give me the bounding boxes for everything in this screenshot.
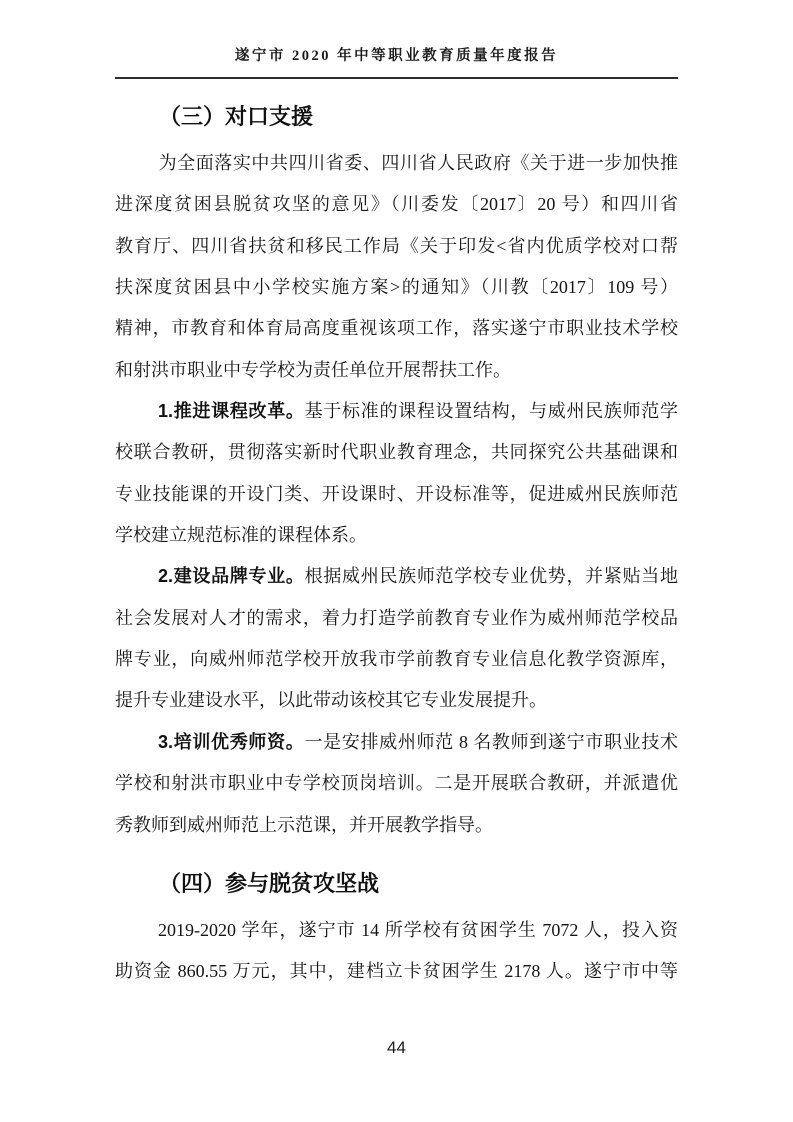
- document-page: 遂宁市 2020 年中等职业教育质量年度报告 （三）对口支援为全面落实中共四川省…: [0, 0, 793, 1122]
- paragraph: 3.培训优秀师资。一是安排威州师范 8 名教师到遂宁市职业技术学校和射洪市职业中…: [115, 722, 678, 846]
- paragraph-text: 一是安排威州师范 8 名教师到遂宁市职业技术: [304, 732, 678, 752]
- paragraph-line: 秀教师到威州师范上示范课，并开展教学指导。: [115, 805, 678, 846]
- first-line-indent: [115, 935, 158, 936]
- paragraph: 2019-2020 学年，遂宁市 14 所学校有贫困学生 7072 人，投入资助…: [115, 910, 678, 993]
- paragraph-text: 根据威州民族师范学校专业优势，并紧贴当地: [305, 566, 678, 586]
- page-footer: 44: [0, 1038, 793, 1058]
- section-heading: （四）参与脱贫攻坚战: [115, 870, 678, 898]
- paragraph-line: 3.培训优秀师资。一是安排威州师范 8 名教师到遂宁市职业技术: [115, 722, 678, 763]
- first-line-indent: [115, 581, 158, 582]
- paragraph-line: 扶深度贫困县中小学校实施方案>的通知》（川教〔2017〕109 号）: [115, 267, 678, 308]
- first-line-indent: [115, 416, 158, 417]
- paragraph-line: 学校和射洪市职业中专学校顶岗培训。二是开展联合教研，并派遣优: [115, 763, 678, 804]
- running-head-title: 遂宁市 2020 年中等职业教育质量年度报告: [115, 45, 678, 67]
- paragraph: 为全面落实中共四川省委、四川省人民政府《关于进一步加快推进深度贫困县脱贫攻坚的意…: [115, 143, 678, 391]
- paragraph-lead: 1.推进课程改革。: [158, 401, 305, 421]
- paragraph-line: 1.推进课程改革。基于标准的课程设置结构，与威州民族师范学: [115, 391, 678, 432]
- paragraph-line: 和射洪市职业中专学校为责任单位开展帮扶工作。: [115, 350, 678, 391]
- first-line-indent: [115, 168, 158, 169]
- paragraph-text: 为全面落实中共四川省委、四川省人民政府《关于进一步加快推: [158, 153, 678, 173]
- section-heading: （三）对口支援: [115, 103, 678, 131]
- page-header: 遂宁市 2020 年中等职业教育质量年度报告: [115, 45, 678, 79]
- paragraph: 1.推进课程改革。基于标准的课程设置结构，与威州民族师范学校联合教研，贯彻落实新…: [115, 391, 678, 556]
- header-rule: [115, 77, 678, 79]
- paragraph-line: 助资金 860.55 万元，其中，建档立卡贫困学生 2178 人。遂宁市中等: [115, 951, 678, 992]
- paragraph-line: 学校建立规范标准的课程体系。: [115, 515, 678, 556]
- paragraph-line: 社会发展对人才的需求，着力打造学前教育专业作为威州师范学校品: [115, 598, 678, 639]
- document-content: （三）对口支援为全面落实中共四川省委、四川省人民政府《关于进一步加快推进深度贫困…: [115, 103, 678, 993]
- paragraph-line: 2.建设品牌专业。根据威州民族师范学校专业优势，并紧贴当地: [115, 556, 678, 597]
- page-number: 44: [0, 1038, 793, 1058]
- first-line-indent: [115, 747, 158, 748]
- paragraph-text: 基于标准的课程设置结构，与威州民族师范学: [305, 401, 678, 421]
- paragraph-line: 为全面落实中共四川省委、四川省人民政府《关于进一步加快推: [115, 143, 678, 184]
- paragraph-line: 提升专业建设水平，以此带动该校其它专业发展提升。: [115, 680, 678, 721]
- paragraph-lead: 3.培训优秀师资。: [158, 732, 304, 752]
- paragraph-line: 牌专业，向威州师范学校开放我市学前教育专业信息化教学资源库，: [115, 639, 678, 680]
- paragraph: 2.建设品牌专业。根据威州民族师范学校专业优势，并紧贴当地社会发展对人才的需求，…: [115, 556, 678, 721]
- paragraph-line: 2019-2020 学年，遂宁市 14 所学校有贫困学生 7072 人，投入资: [115, 910, 678, 951]
- paragraph-line: 专业技能课的开设门类、开设课时、开设标准等，促进威州民族师范: [115, 474, 678, 515]
- paragraph-line: 精神，市教育和体育局高度重视该项工作，落实遂宁市职业技术学校: [115, 308, 678, 349]
- paragraph-text: 2019-2020 学年，遂宁市 14 所学校有贫困学生 7072 人，投入资: [158, 920, 678, 940]
- paragraph-line: 教育厅、四川省扶贫和移民工作局《关于印发<省内优质学校对口帮: [115, 226, 678, 267]
- paragraph-line: 进深度贫困县脱贫攻坚的意见》（川委发〔2017〕20 号）和四川省: [115, 184, 678, 225]
- paragraph-line: 校联合教研，贯彻落实新时代职业教育理念，共同探究公共基础课和: [115, 432, 678, 473]
- paragraph-lead: 2.建设品牌专业。: [158, 566, 305, 586]
